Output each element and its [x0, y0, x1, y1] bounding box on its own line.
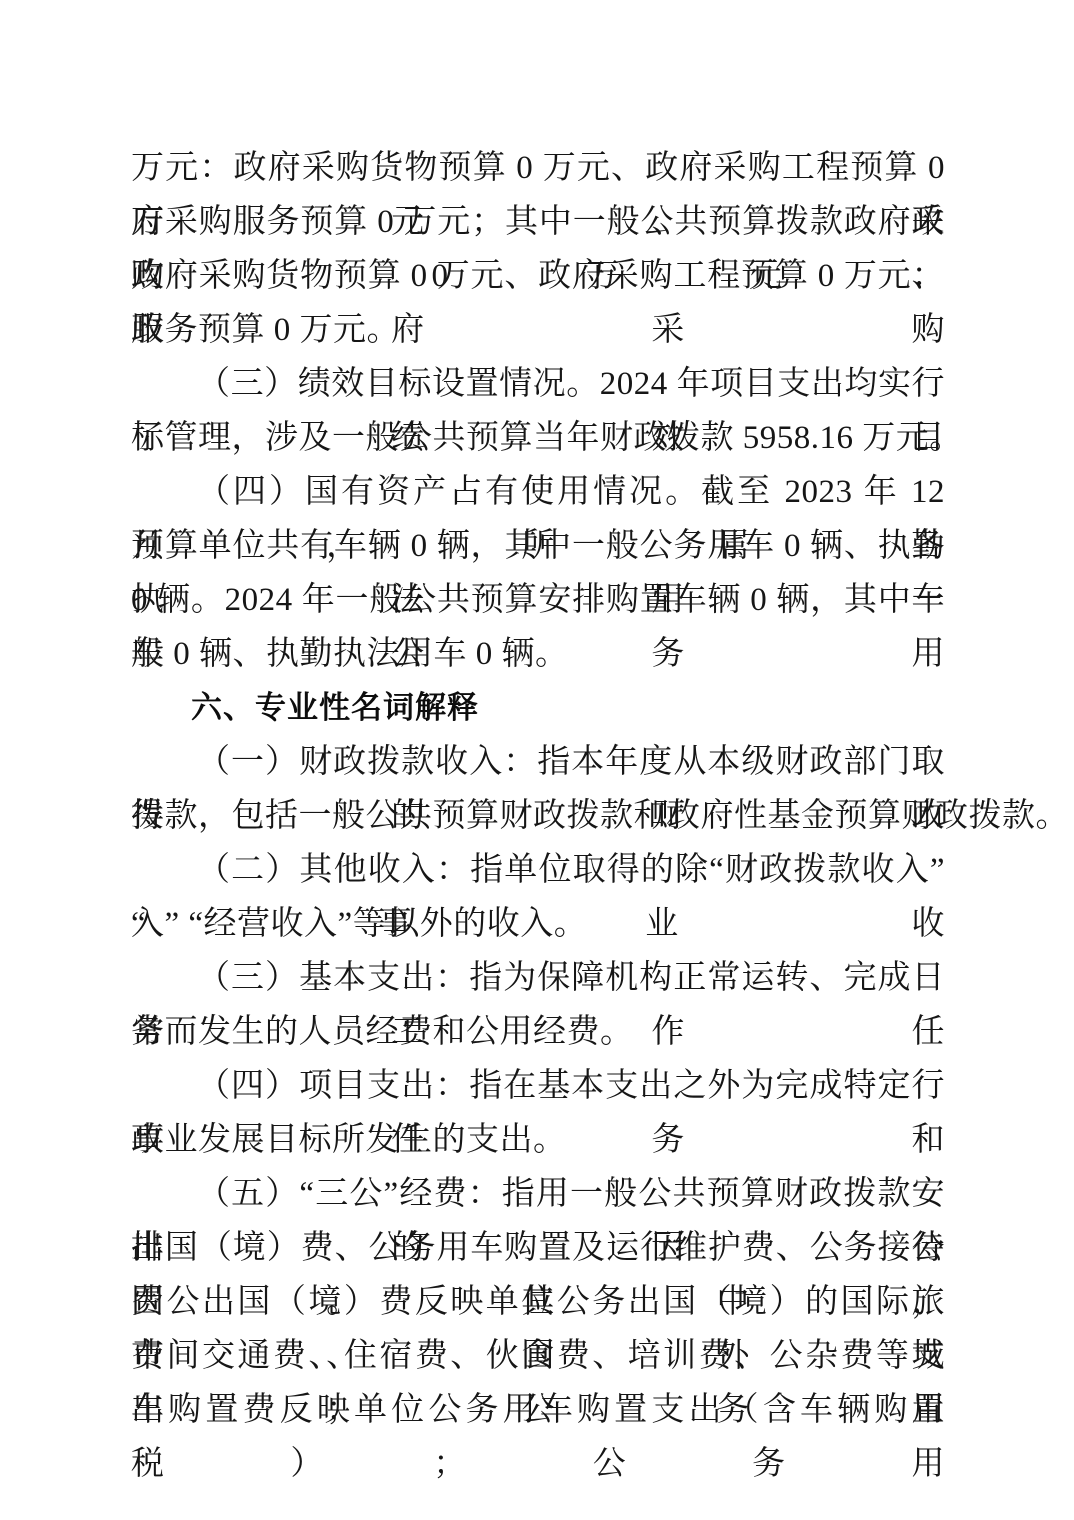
text-line: 出国（境）费、公务用车购置及运行维护费、公务接待费。其中，	[131, 1221, 945, 1275]
text-line: 预算单位共有车辆 0 辆，其中一般公务用车 0 辆、执勤执法用车	[131, 519, 945, 573]
section-heading: 六、专业性名词解释	[131, 681, 945, 735]
text-line: （五）“三公”经费：指用一般公共预算财政拨款安排的因公	[131, 1167, 945, 1221]
text-line: （四）项目支出：指在基本支出之外为完成特定行政任务和	[131, 1059, 945, 1113]
text-line: 0 辆。2024 年一般公共预算安排购置车辆 0 辆，其中一般公务用	[131, 573, 945, 627]
text-line: （一）财政拨款收入：指本年度从本级财政部门取得的财政	[131, 735, 945, 789]
text-line: 市间交通费、住宿费、伙食费、培训费、公杂费等支出；公务用	[131, 1329, 945, 1383]
text-line: 政府采购货物预算 0 万元、政府采购工程预算 0 万元、政府采购	[131, 249, 945, 303]
text-line: 府采购服务预算 0 万元；其中一般公共预算拨款政府采购 0 万元：	[131, 195, 945, 249]
text-line: （二）其他收入：指单位取得的除“财政拨款收入” “事业收	[131, 843, 945, 897]
text-line: 标管理，涉及一般公共预算当年财政拨款 5958.16 万元。	[131, 411, 945, 465]
text-line: 拨款，包括一般公共预算财政拨款和政府性基金预算财政拨款。	[131, 789, 945, 843]
text-line: （三）基本支出：指为保障机构正常运转、完成日常工作任	[131, 951, 945, 1005]
text-line: 车购置费反映单位公务用车购置支出（含车辆购置税）；公务用	[131, 1383, 945, 1437]
text-line: （四）国有资产占有使用情况。截至 2023 年 12 月，所属各	[131, 465, 945, 519]
text-block: 万元：政府采购货物预算 0 万元、政府采购工程预算 0 万元、政 府采购服务预算…	[131, 141, 945, 1437]
text-line: 万元：政府采购货物预算 0 万元、政府采购工程预算 0 万元、政	[131, 141, 945, 195]
text-line: 因公出国（境）费反映单位公务出国（境）的国际旅费、国外城	[131, 1275, 945, 1329]
document-page: 万元：政府采购货物预算 0 万元、政府采购工程预算 0 万元、政 府采购服务预算…	[0, 0, 1074, 1520]
text-line: （三）绩效目标设置情况。2024 年项目支出均实行了绩效目	[131, 357, 945, 411]
